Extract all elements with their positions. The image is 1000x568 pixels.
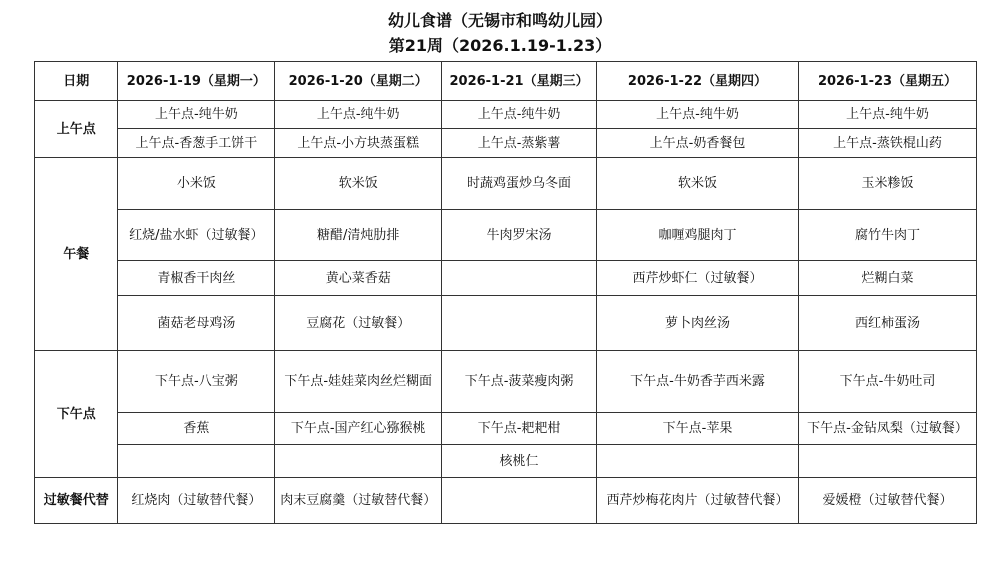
menu-cell: 上午点-纯牛奶 [442, 101, 597, 129]
menu-cell: 菌菇老母鸡汤 [118, 296, 275, 351]
table-row: 青椒香干肉丝 黄心菜香菇 西芹炒虾仁（过敏餐） 烂糊白菜 [35, 261, 977, 296]
menu-cell: 豆腐花（过敏餐） [275, 296, 442, 351]
menu-cell: 咖喱鸡腿肉丁 [596, 210, 798, 261]
menu-cell: 黄心菜香菇 [275, 261, 442, 296]
table-row: 过敏餐代替 红烧肉（过敏替代餐） 肉末豆腐羹（过敏替代餐） 西芹炒梅花肉片（过敏… [35, 478, 977, 524]
menu-cell: 上午点-小方块蒸蛋糕 [275, 129, 442, 158]
menu-cell: 下午点-牛奶香芋西米露 [596, 351, 798, 413]
menu-cell: 上午点-纯牛奶 [596, 101, 798, 129]
menu-cell: 红烧/盐水虾（过敏餐） [118, 210, 275, 261]
menu-cell: 烂糊白菜 [799, 261, 977, 296]
menu-cell: 下午点-牛奶吐司 [799, 351, 977, 413]
day-header-mon: 2026-1-19（星期一） [118, 62, 275, 101]
menu-cell: 牛肉罗宋汤 [442, 210, 597, 261]
menu-cell: 上午点-纯牛奶 [799, 101, 977, 129]
menu-cell: 下午点-国产红心猕猴桃 [275, 413, 442, 445]
menu-cell [442, 296, 597, 351]
menu-cell: 时蔬鸡蛋炒乌冬面 [442, 158, 597, 210]
afternoon-snack-label: 下午点 [35, 351, 118, 478]
weekly-menu-table: 日期 2026-1-19（星期一） 2026-1-20（星期二） 2026-1-… [34, 61, 977, 524]
allergy-substitute-label: 过敏餐代替 [35, 478, 118, 524]
menu-cell: 红烧肉（过敏替代餐） [118, 478, 275, 524]
menu-cell: 下午点-苹果 [596, 413, 798, 445]
header-row: 日期 2026-1-19（星期一） 2026-1-20（星期二） 2026-1-… [35, 62, 977, 101]
menu-cell: 上午点-蒸铁棍山药 [799, 129, 977, 158]
menu-title: 幼儿食谱（无锡市和鸣幼儿园） [0, 8, 1000, 31]
menu-cell: 下午点-耙耙柑 [442, 413, 597, 445]
day-header-fri: 2026-1-23（星期五） [799, 62, 977, 101]
menu-cell: 上午点-纯牛奶 [118, 101, 275, 129]
menu-cell: 上午点-香葱手工饼干 [118, 129, 275, 158]
menu-cell: 西芹炒梅花肉片（过敏替代餐） [596, 478, 798, 524]
menu-cell: 下午点-金钻凤梨（过敏餐） [799, 413, 977, 445]
menu-cell: 糖醋/清炖肋排 [275, 210, 442, 261]
table-row: 核桃仁 [35, 445, 977, 478]
table-row: 菌菇老母鸡汤 豆腐花（过敏餐） 萝卜肉丝汤 西红柿蛋汤 [35, 296, 977, 351]
menu-cell: 腐竹牛肉丁 [799, 210, 977, 261]
table-row: 下午点 下午点-八宝粥 下午点-娃娃菜肉丝烂糊面 下午点-菠菜瘦肉粥 下午点-牛… [35, 351, 977, 413]
table-row: 上午点 上午点-纯牛奶 上午点-纯牛奶 上午点-纯牛奶 上午点-纯牛奶 上午点-… [35, 101, 977, 129]
menu-cell: 萝卜肉丝汤 [596, 296, 798, 351]
menu-cell [596, 445, 798, 478]
morning-snack-label: 上午点 [35, 101, 118, 158]
day-header-thu: 2026-1-22（星期四） [596, 62, 798, 101]
table-row: 香蕉 下午点-国产红心猕猴桃 下午点-耙耙柑 下午点-苹果 下午点-金钻凤梨（过… [35, 413, 977, 445]
day-header-wed: 2026-1-21（星期三） [442, 62, 597, 101]
menu-cell [275, 445, 442, 478]
menu-cell: 下午点-菠菜瘦肉粥 [442, 351, 597, 413]
day-header-tue: 2026-1-20（星期二） [275, 62, 442, 101]
menu-cell [442, 478, 597, 524]
menu-cell [799, 445, 977, 478]
menu-cell: 西芹炒虾仁（过敏餐） [596, 261, 798, 296]
menu-cell: 下午点-娃娃菜肉丝烂糊面 [275, 351, 442, 413]
menu-cell: 青椒香干肉丝 [118, 261, 275, 296]
menu-cell: 下午点-八宝粥 [118, 351, 275, 413]
menu-cell: 爱媛橙（过敏替代餐） [799, 478, 977, 524]
menu-cell: 肉末豆腐羹（过敏替代餐） [275, 478, 442, 524]
table-row: 上午点-香葱手工饼干 上午点-小方块蒸蛋糕 上午点-蒸紫薯 上午点-奶香餐包 上… [35, 129, 977, 158]
menu-cell: 软米饭 [596, 158, 798, 210]
menu-cell: 上午点-奶香餐包 [596, 129, 798, 158]
lunch-label: 午餐 [35, 158, 118, 351]
menu-cell: 玉米糁饭 [799, 158, 977, 210]
date-column-header: 日期 [35, 62, 118, 101]
week-subtitle: 第21周（2026.1.19-1.23） [0, 33, 1000, 56]
table-row: 午餐 小米饭 软米饭 时蔬鸡蛋炒乌冬面 软米饭 玉米糁饭 [35, 158, 977, 210]
menu-cell: 上午点-纯牛奶 [275, 101, 442, 129]
table-row: 红烧/盐水虾（过敏餐） 糖醋/清炖肋排 牛肉罗宋汤 咖喱鸡腿肉丁 腐竹牛肉丁 [35, 210, 977, 261]
menu-cell: 上午点-蒸紫薯 [442, 129, 597, 158]
menu-cell: 软米饭 [275, 158, 442, 210]
menu-cell: 香蕉 [118, 413, 275, 445]
menu-cell: 核桃仁 [442, 445, 597, 478]
menu-cell: 西红柿蛋汤 [799, 296, 977, 351]
menu-cell [118, 445, 275, 478]
menu-cell: 小米饭 [118, 158, 275, 210]
menu-cell [442, 261, 597, 296]
